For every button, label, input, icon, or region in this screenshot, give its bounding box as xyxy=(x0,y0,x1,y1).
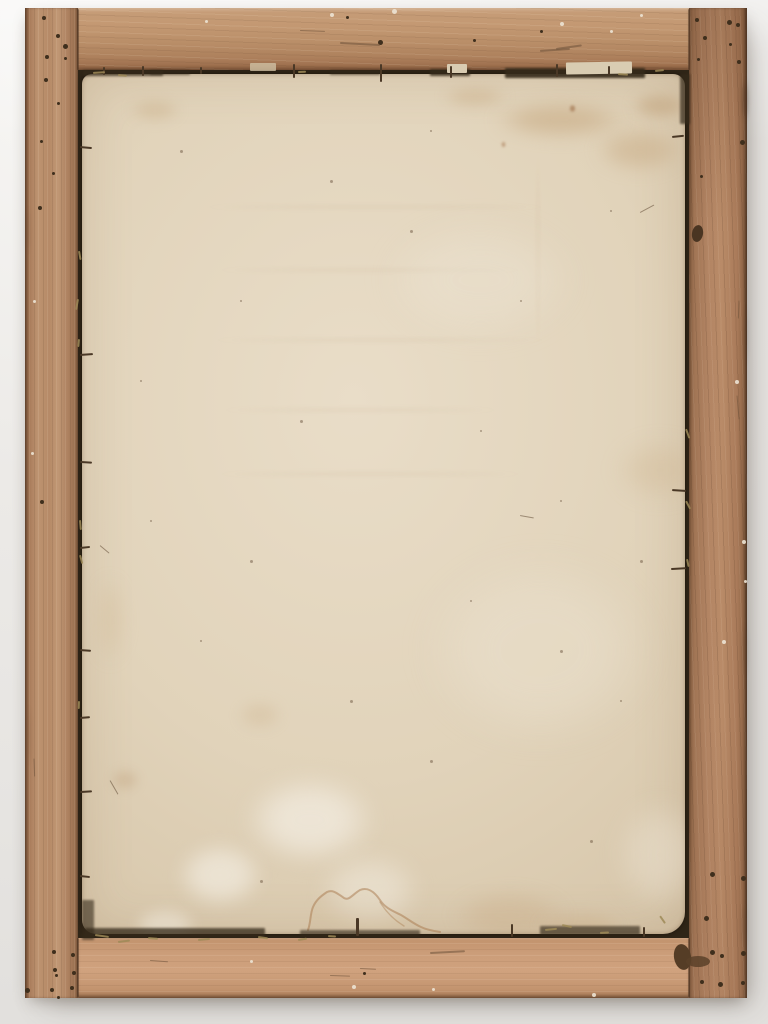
speck xyxy=(470,600,472,602)
surface-stain xyxy=(120,900,210,934)
surface-stain xyxy=(300,840,440,934)
frame-top-rail xyxy=(78,8,689,70)
hairline-crack xyxy=(640,205,655,213)
watermark-streak xyxy=(160,472,580,476)
surface-stain xyxy=(120,95,190,125)
surface-stain xyxy=(620,88,685,124)
surface-stain xyxy=(470,95,650,145)
hairline-crack xyxy=(520,515,534,518)
surface-stain xyxy=(520,905,640,934)
watermark-streak xyxy=(160,268,580,272)
surface-stain xyxy=(600,430,685,510)
speck xyxy=(620,700,622,702)
watermark-streak xyxy=(536,100,540,400)
surface-stain xyxy=(568,103,577,114)
water-stain-outline xyxy=(82,74,685,934)
picture-frame-back xyxy=(25,8,747,998)
photo-backdrop xyxy=(0,0,768,1024)
stain-path-inner xyxy=(380,902,404,926)
watermark-streak xyxy=(140,205,610,209)
surface-stain xyxy=(380,520,685,780)
speck xyxy=(140,380,142,382)
speck xyxy=(260,880,263,883)
speck xyxy=(200,640,202,642)
speck xyxy=(590,840,593,843)
speck xyxy=(250,560,253,563)
speck xyxy=(480,430,482,432)
frame-left-stile xyxy=(25,8,78,998)
surface-stain xyxy=(105,765,145,795)
speck xyxy=(330,180,333,183)
hairline-crack xyxy=(110,780,119,794)
surface-stain xyxy=(90,560,130,680)
speck xyxy=(640,560,643,563)
surface-stain xyxy=(430,880,590,934)
hairline-crack xyxy=(100,545,110,553)
speck xyxy=(430,130,432,132)
watermark-streak xyxy=(150,338,610,342)
surface-stain xyxy=(500,140,507,149)
speck xyxy=(180,150,183,153)
speck xyxy=(150,520,152,522)
frame-bottom-rail xyxy=(78,938,689,998)
speck xyxy=(410,230,413,233)
stain-path-main xyxy=(308,889,440,932)
surface-stain xyxy=(580,120,685,180)
speck xyxy=(610,210,612,212)
speck xyxy=(520,300,522,302)
surface-stain xyxy=(430,82,520,112)
speck xyxy=(350,700,353,703)
speck xyxy=(560,500,562,502)
speck xyxy=(560,650,563,653)
backing-board xyxy=(82,74,685,934)
speck xyxy=(300,420,303,423)
speck xyxy=(240,300,242,302)
surface-stain xyxy=(220,760,400,880)
surface-stain xyxy=(350,200,610,360)
surface-stain xyxy=(160,830,280,920)
speck xyxy=(430,760,433,763)
surface-stain xyxy=(230,695,290,735)
watermark-streak xyxy=(170,408,550,412)
frame-opening-gap xyxy=(78,70,689,938)
frame-right-stile xyxy=(689,8,747,998)
surface-stain xyxy=(600,780,685,930)
